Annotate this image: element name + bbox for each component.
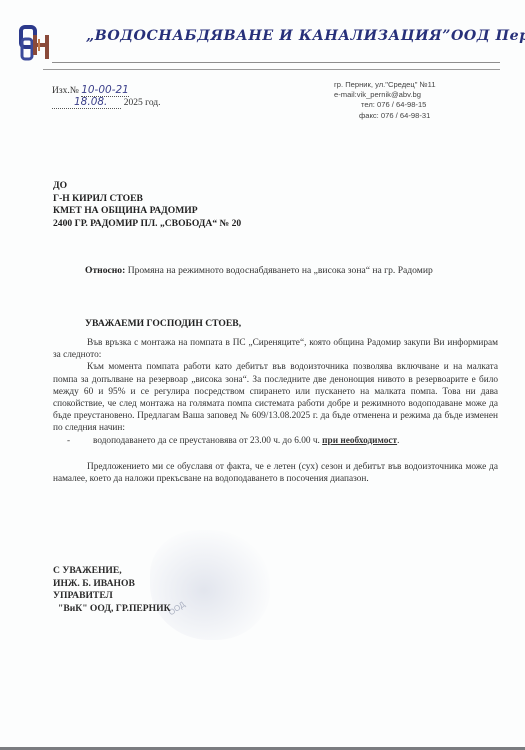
recipient-block: ДО Г-Н КИРИЛ СТОЕВ КМЕТ НА ОБЩИНА РАДОМИ… [53, 180, 241, 230]
outgoing-date-handwritten: 18.08. [74, 96, 107, 108]
recipient-address: 2400 ГР. РАДОМИР ПЛ. „СВОБОДА“ № 20 [53, 218, 241, 231]
sender-email: e-mail:vik_pernik@abv.bg [334, 90, 436, 100]
outgoing-number-label: Изх.№ [52, 86, 79, 96]
sender-phone: тел: 076 / 64-98-15 [334, 100, 436, 110]
body-paragraph-3: Предложението ми се обуславя от факта, ч… [53, 461, 498, 485]
recipient-title: КМЕТ НА ОБЩИНА РАДОМИР [53, 205, 241, 218]
sender-address: гр. Перник, ул."Средец" №11 e-mail:vik_p… [334, 80, 436, 121]
company-name: „ВОДОСНАБДЯВАНЕ И КАНАЛИЗАЦИЯ”ООД Перник [86, 28, 525, 44]
signature-organization: "ВиК" ООД, ГР.ПЕРНИК [53, 603, 171, 616]
body-paragraph-2: Към момента помпата работи като дебитът … [53, 361, 498, 434]
subject-line: Относно: Промяна на режимното водоснабдя… [85, 265, 433, 276]
subject-text: Промяна на режимното водоснабдяването на… [128, 265, 433, 276]
salutation: УВАЖАЕМИ ГОСПОДИН СТОЕВ, [85, 318, 241, 329]
header-divider [52, 62, 500, 63]
sender-street: гр. Перник, ул."Средец" №11 [334, 80, 436, 90]
body-paragraph-1: Във връзка с монтажа на помпата в ПС „Си… [53, 337, 498, 361]
subject-label: Относно: [85, 265, 125, 276]
recipient-name: Г-Н КИРИЛ СТОЕВ [53, 193, 241, 206]
outgoing-number-value: 10-00-21 [81, 84, 129, 96]
body-bullet-item: - водоподаването да се преустановява от … [53, 435, 498, 447]
recipient-to: ДО [53, 180, 241, 193]
signature-position: УПРАВИТЕЛ [53, 590, 171, 603]
signature-closing: С УВАЖЕНИЕ, [53, 565, 171, 578]
outgoing-date: 18.08. 2025 год. [52, 96, 161, 109]
signature-name: ИНЖ. Б. ИВАНОВ [53, 578, 171, 591]
outgoing-date-year: 2025 год. [124, 98, 161, 108]
sender-fax: факс: 076 / 64-98-31 [334, 111, 436, 121]
letter-page: „ВОДОСНАБДЯВАНЕ И КАНАЛИЗАЦИЯ”ООД Перник… [0, 0, 525, 747]
vik-logo-icon [19, 25, 53, 61]
letter-body: Във връзка с монтажа на помпата в ПС „Си… [53, 337, 498, 485]
header-divider-secondary [43, 69, 500, 70]
signature-block: С УВАЖЕНИЕ, ИНЖ. Б. ИВАНОВ УПРАВИТЕЛ "Ви… [53, 565, 171, 615]
bullet-emphasis: при необходимост [322, 436, 397, 446]
bullet-end: . [397, 436, 399, 446]
bullet-dash: - [67, 435, 70, 447]
bullet-text: водоподаването да се преустановява от 23… [93, 436, 322, 446]
